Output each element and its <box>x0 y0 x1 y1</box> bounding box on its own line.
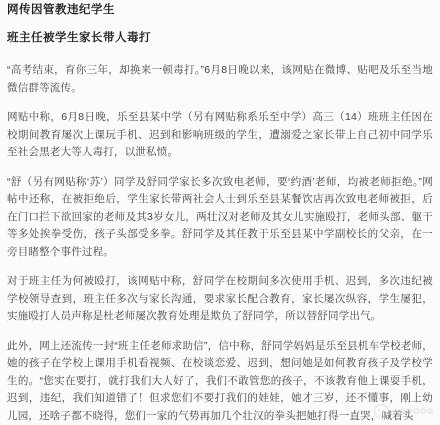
article-title-line2: 班主任被学生家长带人毒打 <box>7 32 433 45</box>
article-paragraph-5: 此外，网上还流传一封“班主任老师求助信”，信中称，舒同学妈妈是乐至县机车学校老师… <box>7 338 433 425</box>
article-paragraph-3: “舒（另有网贴称‘苏’）同学及舒同学家长多次致电老师，要‘约酒’老师，均被老师拒… <box>7 174 433 262</box>
article-paragraph-1: “高考结束，育你三年，却换来一顿毒打。”6月8日晚以来，该网贴在微博、贴吧及乐至… <box>7 62 433 97</box>
article-paragraph-2: 网贴中称，6月8日晚，乐至县某中学（另有网贴称系乐至中学）高三（14）班班主任因… <box>7 109 433 162</box>
article-page: 网传因管教违纪学生 班主任被学生家长带人毒打 “高考结束，育你三年，却换来一顿毒… <box>0 0 440 425</box>
article-paragraph-4: 对于班主任为何被殴打，该网贴中称，舒同学在校期间多次使用手机、迟到，多次违纪被学… <box>7 273 433 326</box>
article-title-line1: 网传因管教违纪学生 <box>7 4 433 17</box>
